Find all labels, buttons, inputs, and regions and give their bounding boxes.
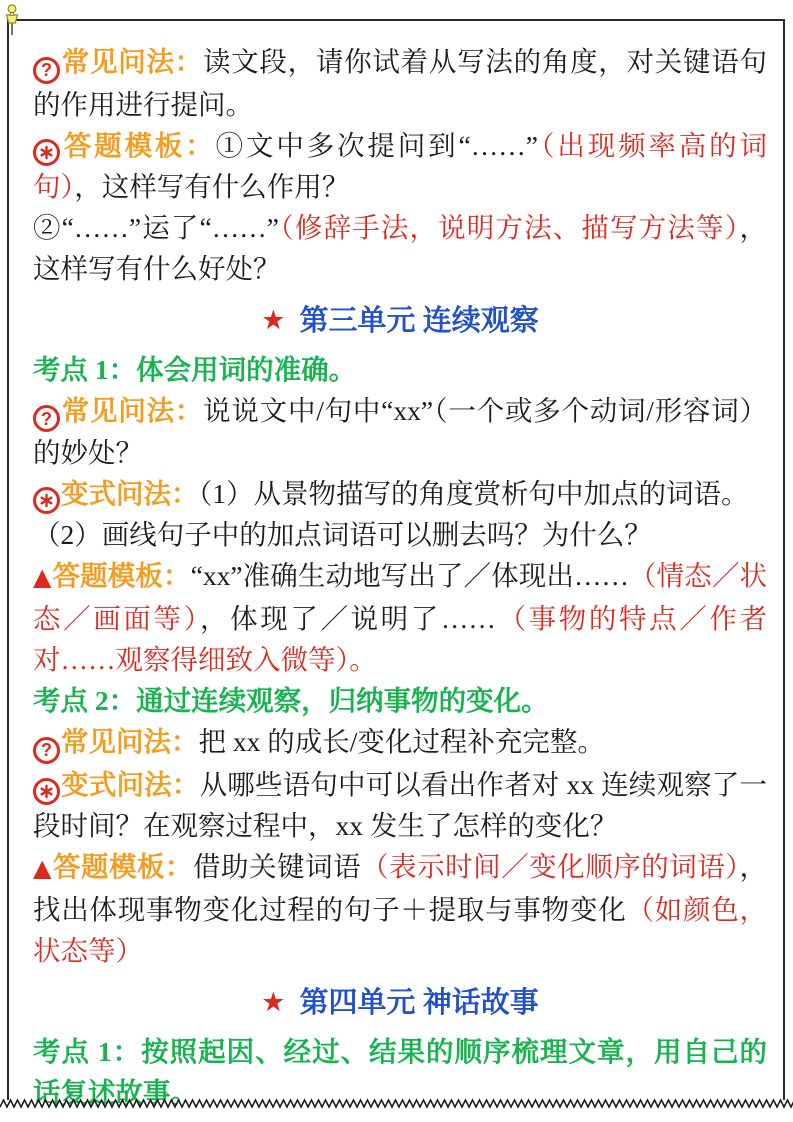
asterisk-circle-icon [33, 778, 60, 805]
text-segment: ，这样写有什么作用？ [74, 171, 349, 202]
text-segment: （1）从景物描写的角度赏析句中加点的词语。 [199, 478, 749, 509]
page: ?常见问法：读文段，请你试着从写法的角度，对关键语句的作用进行提问。答题模板：①… [0, 0, 793, 1122]
unit-heading: ★第四单元 神话故事 [33, 982, 767, 1024]
star-icon: ★ [261, 305, 285, 336]
text-segment: 变式问法： [61, 478, 199, 509]
asterisk-glyph [39, 784, 54, 799]
text-segment: （2）画线句子中的加点词语可以删去吗？为什么？ [33, 519, 652, 550]
text-segment: ①文中多次提问到“……” [216, 130, 538, 161]
qa-paragraph: ?常见问法：读文段，请你试着从写法的角度，对关键语句的作用进行提问。 [33, 41, 767, 125]
unit-heading: ★第三单元 连续观察 [33, 300, 767, 342]
question-circle-icon: ? [33, 57, 60, 84]
text-segment: 借助关键词语 [193, 851, 361, 882]
text-segment: 变式问法： [61, 769, 200, 800]
qa-paragraph: 变式问法：从哪些语句中可以看出作者对 xx 连续观察了一段时间？在观察过程中，x… [33, 764, 767, 846]
asterisk-circle-icon [33, 139, 60, 166]
text-segment: 常见问法： [61, 726, 199, 757]
text-segment: 答题模板： [61, 130, 216, 161]
unit-heading-text: 第四单元 神话故事 [299, 987, 538, 1019]
pushpin-icon [1, 4, 23, 38]
keypoint-line: 考点 1：体会用词的准确。 [33, 349, 767, 390]
text-segment: 答题模板： [53, 560, 191, 591]
text-segment: 常见问法： [61, 395, 203, 426]
text-segment: 答题模板： [53, 851, 193, 882]
unit-heading-text: 第三单元 连续观察 [299, 305, 538, 337]
star-icon: ★ [261, 987, 285, 1018]
text-segment: ，体现了／说明了…… [200, 603, 496, 634]
qa-paragraph: ?常见问法：把 xx 的成长/变化过程补充完整。 [33, 721, 767, 764]
text-segment: “xx”准确生动地写出了／体现出…… [191, 560, 629, 591]
qa-paragraph: ?常见问法：说说文中/句中“xx”（一个或多个动词/形容词）的妙处？ [33, 390, 767, 474]
qa-paragraph: （2）画线句子中的加点词语可以删去吗？为什么？ [33, 514, 767, 555]
document-body: ?常见问法：读文段，请你试着从写法的角度，对关键语句的作用进行提问。答题模板：①… [33, 41, 767, 1113]
keypoint-line: 考点 2：通过连续观察，归纳事物的变化。 [33, 680, 767, 721]
asterisk-glyph [39, 145, 54, 160]
text-segment: 把 xx 的成长/变化过程补充完整。 [199, 726, 605, 757]
qa-paragraph: ②“……”运了“……”（修辞手法，说明方法、描写方法等），这样写有什么好处？ [33, 207, 767, 289]
asterisk-glyph [39, 493, 54, 508]
note-sheet: ?常见问法：读文段，请你试着从写法的角度，对关键语句的作用进行提问。答题模板：①… [7, 19, 785, 1100]
qa-paragraph: ▲答题模板：“xx”准确生动地写出了／体现出……（情态／状态／画面等），体现了／… [33, 555, 767, 680]
torn-paper-edge-icon [0, 1096, 793, 1112]
question-circle-icon: ? [33, 405, 60, 432]
text-segment: （修辞手法，说明方法、描写方法等） [279, 212, 740, 243]
text-segment: （表示时间／变化顺序的词语） [361, 851, 739, 882]
qa-paragraph: 答题模板：①文中多次提问到“……”（出现频率高的词句），这样写有什么作用？ [33, 125, 767, 207]
qa-paragraph: ▲答题模板：借助关键词语（表示时间／变化顺序的词语），找出体现事物变化过程的句子… [33, 846, 767, 971]
question-circle-icon: ? [33, 737, 60, 764]
qa-paragraph: 变式问法：（1）从景物描写的角度赏析句中加点的词语。 [33, 473, 767, 514]
triangle-marker-icon: ▲ [33, 563, 52, 591]
text-segment: 常见问法： [61, 46, 203, 77]
triangle-marker-icon: ▲ [33, 854, 52, 882]
asterisk-circle-icon [33, 487, 60, 514]
text-segment: ②“……”运了“……” [33, 212, 279, 243]
